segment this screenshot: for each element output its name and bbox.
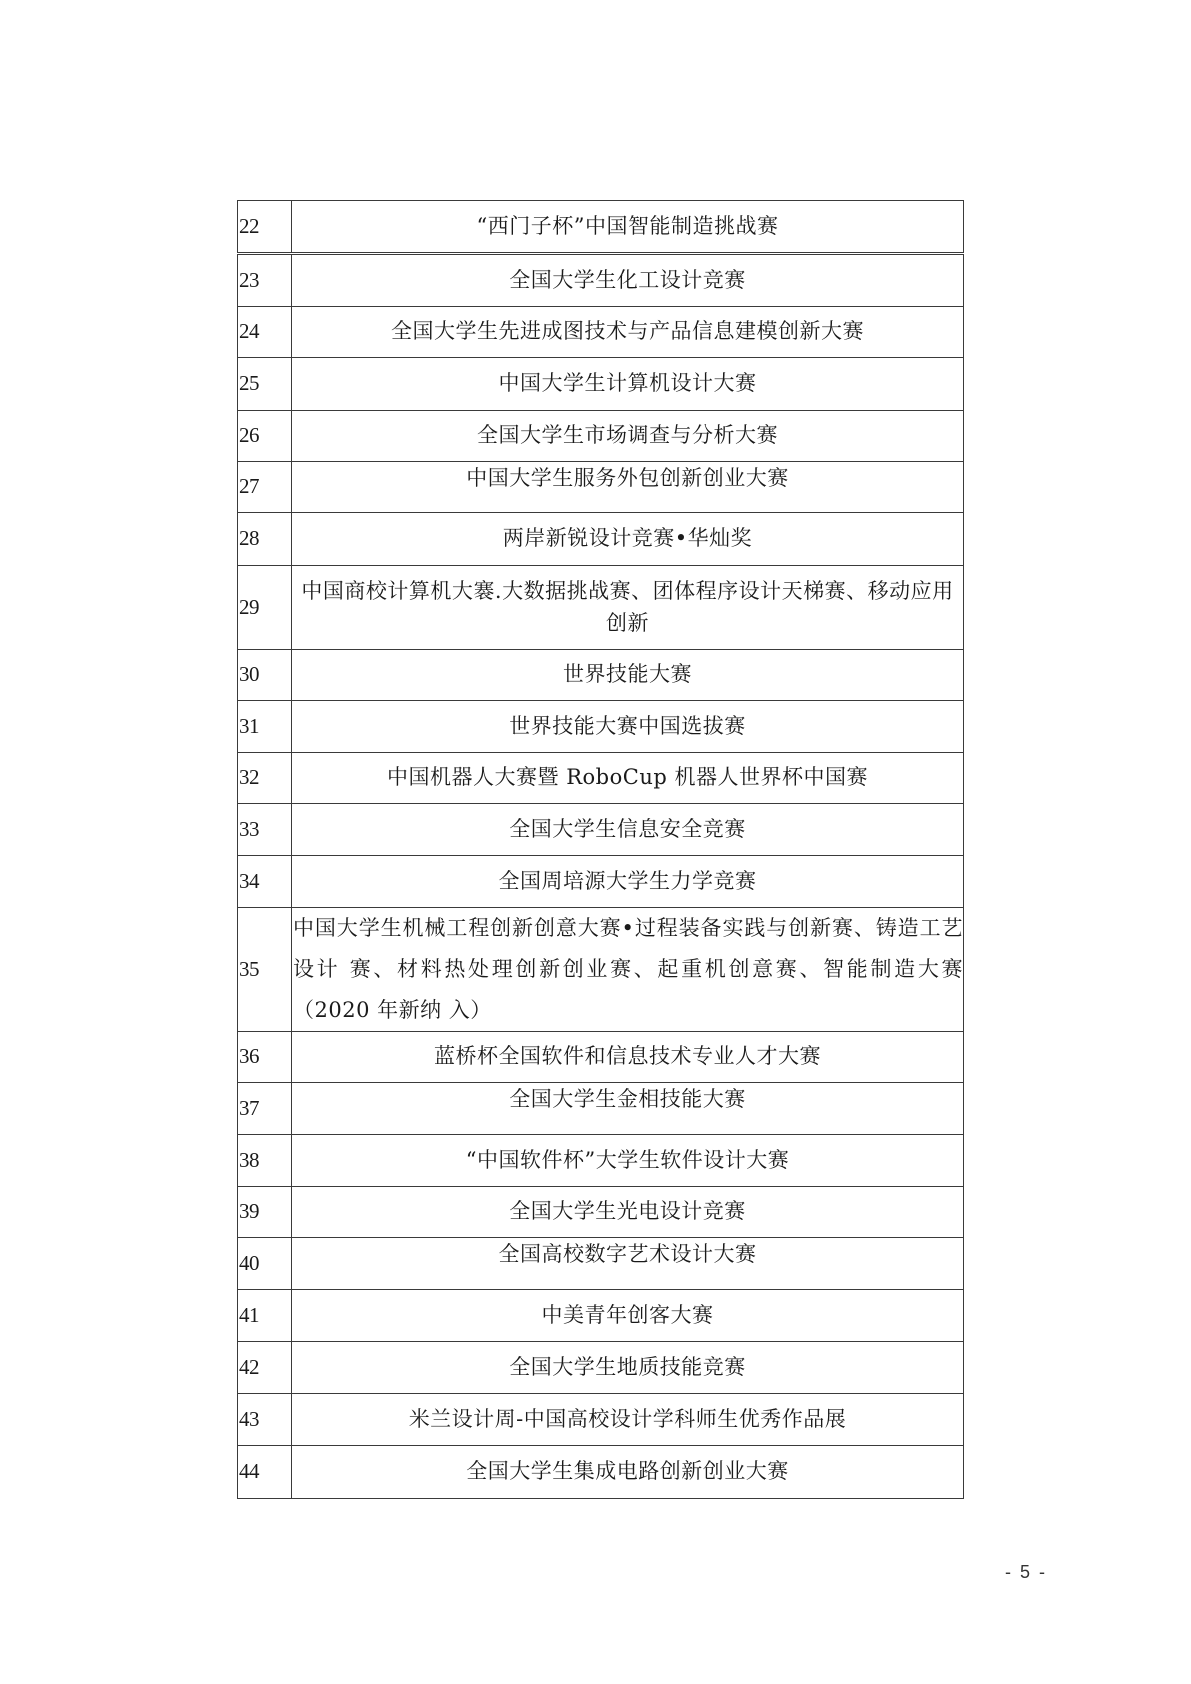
competition-name: 世界技能大赛 [292,650,964,701]
row-number: 25 [238,358,292,411]
table-row: 41中美青年创客大赛 [238,1289,964,1341]
table-row: 43米兰设计周-中国高校设计学科师生优秀作品展 [238,1393,964,1445]
competition-name: 全国大学生金相技能大赛 [292,1082,964,1134]
competition-table-body: 22“西门子杯”中国智能制造挑战赛23全国大学生化工设计竞赛24全国大学生先进成… [238,201,964,1499]
row-number: 36 [238,1031,292,1082]
table-row: 29中国商校计算机大褰.大数据挑战赛、团体程序设计天梯赛、移动应用创新 [238,566,964,650]
competition-name: 全国大学生先进成图技术与产品信息建模创新大赛 [292,307,964,358]
competition-name: 全国大学生集成电路创新创业大赛 [292,1445,964,1498]
competition-name: 中国大学生机械工程创新创意大赛•过程装备实践与创新赛、铸造工艺设计 赛、材料热处… [292,908,964,1032]
competition-name: 全国大学生信息安全竞赛 [292,804,964,856]
competition-name: 全国大学生地质技能竞赛 [292,1341,964,1393]
row-number: 23 [238,254,292,307]
row-number: 41 [238,1289,292,1341]
row-number: 39 [238,1186,292,1237]
row-number: 33 [238,804,292,856]
competition-name: 中国大学生计算机设计大赛 [292,358,964,411]
table-row: 30世界技能大赛 [238,650,964,701]
row-number: 34 [238,856,292,908]
competition-name: 全国高校数字艺术设计大赛 [292,1237,964,1289]
table-row: 31世界技能大赛中国选拔赛 [238,701,964,753]
competition-name: 全国大学生市场调查与分析大赛 [292,411,964,462]
table-row: 34全国周培源大学生力学竞赛 [238,856,964,908]
row-number: 43 [238,1393,292,1445]
row-number: 27 [238,462,292,513]
row-number: 32 [238,753,292,804]
competition-name: 中美青年创客大赛 [292,1289,964,1341]
table-row: 27中国大学生服务外包创新创业大赛 [238,462,964,513]
row-number: 26 [238,411,292,462]
competition-name: “西门子杯”中国智能制造挑战赛 [292,201,964,254]
table-row: 36蓝桥杯全国软件和信息技术专业人才大赛 [238,1031,964,1082]
table-row: 39全国大学生光电设计竞赛 [238,1186,964,1237]
competition-name: “中国软件杯”大学生软件设计大赛 [292,1134,964,1186]
row-number: 22 [238,201,292,254]
competition-table: 22“西门子杯”中国智能制造挑战赛23全国大学生化工设计竞赛24全国大学生先进成… [237,200,964,1499]
table-row: 22“西门子杯”中国智能制造挑战赛 [238,201,964,254]
competition-name: 中国商校计算机大褰.大数据挑战赛、团体程序设计天梯赛、移动应用创新 [292,566,964,650]
competition-name: 中国机器人大赛暨 RoboCup 机器人世界杯中国赛 [292,753,964,804]
row-number: 24 [238,307,292,358]
competition-name: 米兰设计周-中国高校设计学科师生优秀作品展 [292,1393,964,1445]
row-number: 40 [238,1237,292,1289]
competition-name: 蓝桥杯全国软件和信息技术专业人才大赛 [292,1031,964,1082]
table-row: 33全国大学生信息安全竞赛 [238,804,964,856]
table-row: 40全国高校数字艺术设计大赛 [238,1237,964,1289]
row-number: 37 [238,1082,292,1134]
row-number: 42 [238,1341,292,1393]
table-row: 44全国大学生集成电路创新创业大赛 [238,1445,964,1498]
document-page: 22“西门子杯”中国智能制造挑战赛23全国大学生化工设计竞赛24全国大学生先进成… [0,0,1191,1684]
row-number: 30 [238,650,292,701]
row-number: 38 [238,1134,292,1186]
table-row: 42全国大学生地质技能竞赛 [238,1341,964,1393]
table-row: 24全国大学生先进成图技术与产品信息建模创新大赛 [238,307,964,358]
table-row: 38“中国软件杯”大学生软件设计大赛 [238,1134,964,1186]
table-row: 25中国大学生计算机设计大赛 [238,358,964,411]
competition-name: 全国大学生光电设计竞赛 [292,1186,964,1237]
competition-name: 全国大学生化工设计竞赛 [292,254,964,307]
table-row: 35中国大学生机械工程创新创意大赛•过程装备实践与创新赛、铸造工艺设计 赛、材料… [238,908,964,1032]
row-number: 31 [238,701,292,753]
competition-name: 全国周培源大学生力学竞赛 [292,856,964,908]
table-row: 23全国大学生化工设计竞赛 [238,254,964,307]
competition-name: 中国大学生服务外包创新创业大赛 [292,462,964,513]
table-row: 37全国大学生金相技能大赛 [238,1082,964,1134]
row-number: 28 [238,513,292,566]
competition-name: 世界技能大赛中国选拔赛 [292,701,964,753]
table-row: 28两岸新锐设计竞赛•华灿奖 [238,513,964,566]
row-number: 44 [238,1445,292,1498]
table-row: 32中国机器人大赛暨 RoboCup 机器人世界杯中国赛 [238,753,964,804]
row-number: 35 [238,908,292,1032]
competition-name: 两岸新锐设计竞赛•华灿奖 [292,513,964,566]
table-row: 26全国大学生市场调查与分析大赛 [238,411,964,462]
row-number: 29 [238,566,292,650]
page-number: - 5 - [1005,1562,1047,1583]
